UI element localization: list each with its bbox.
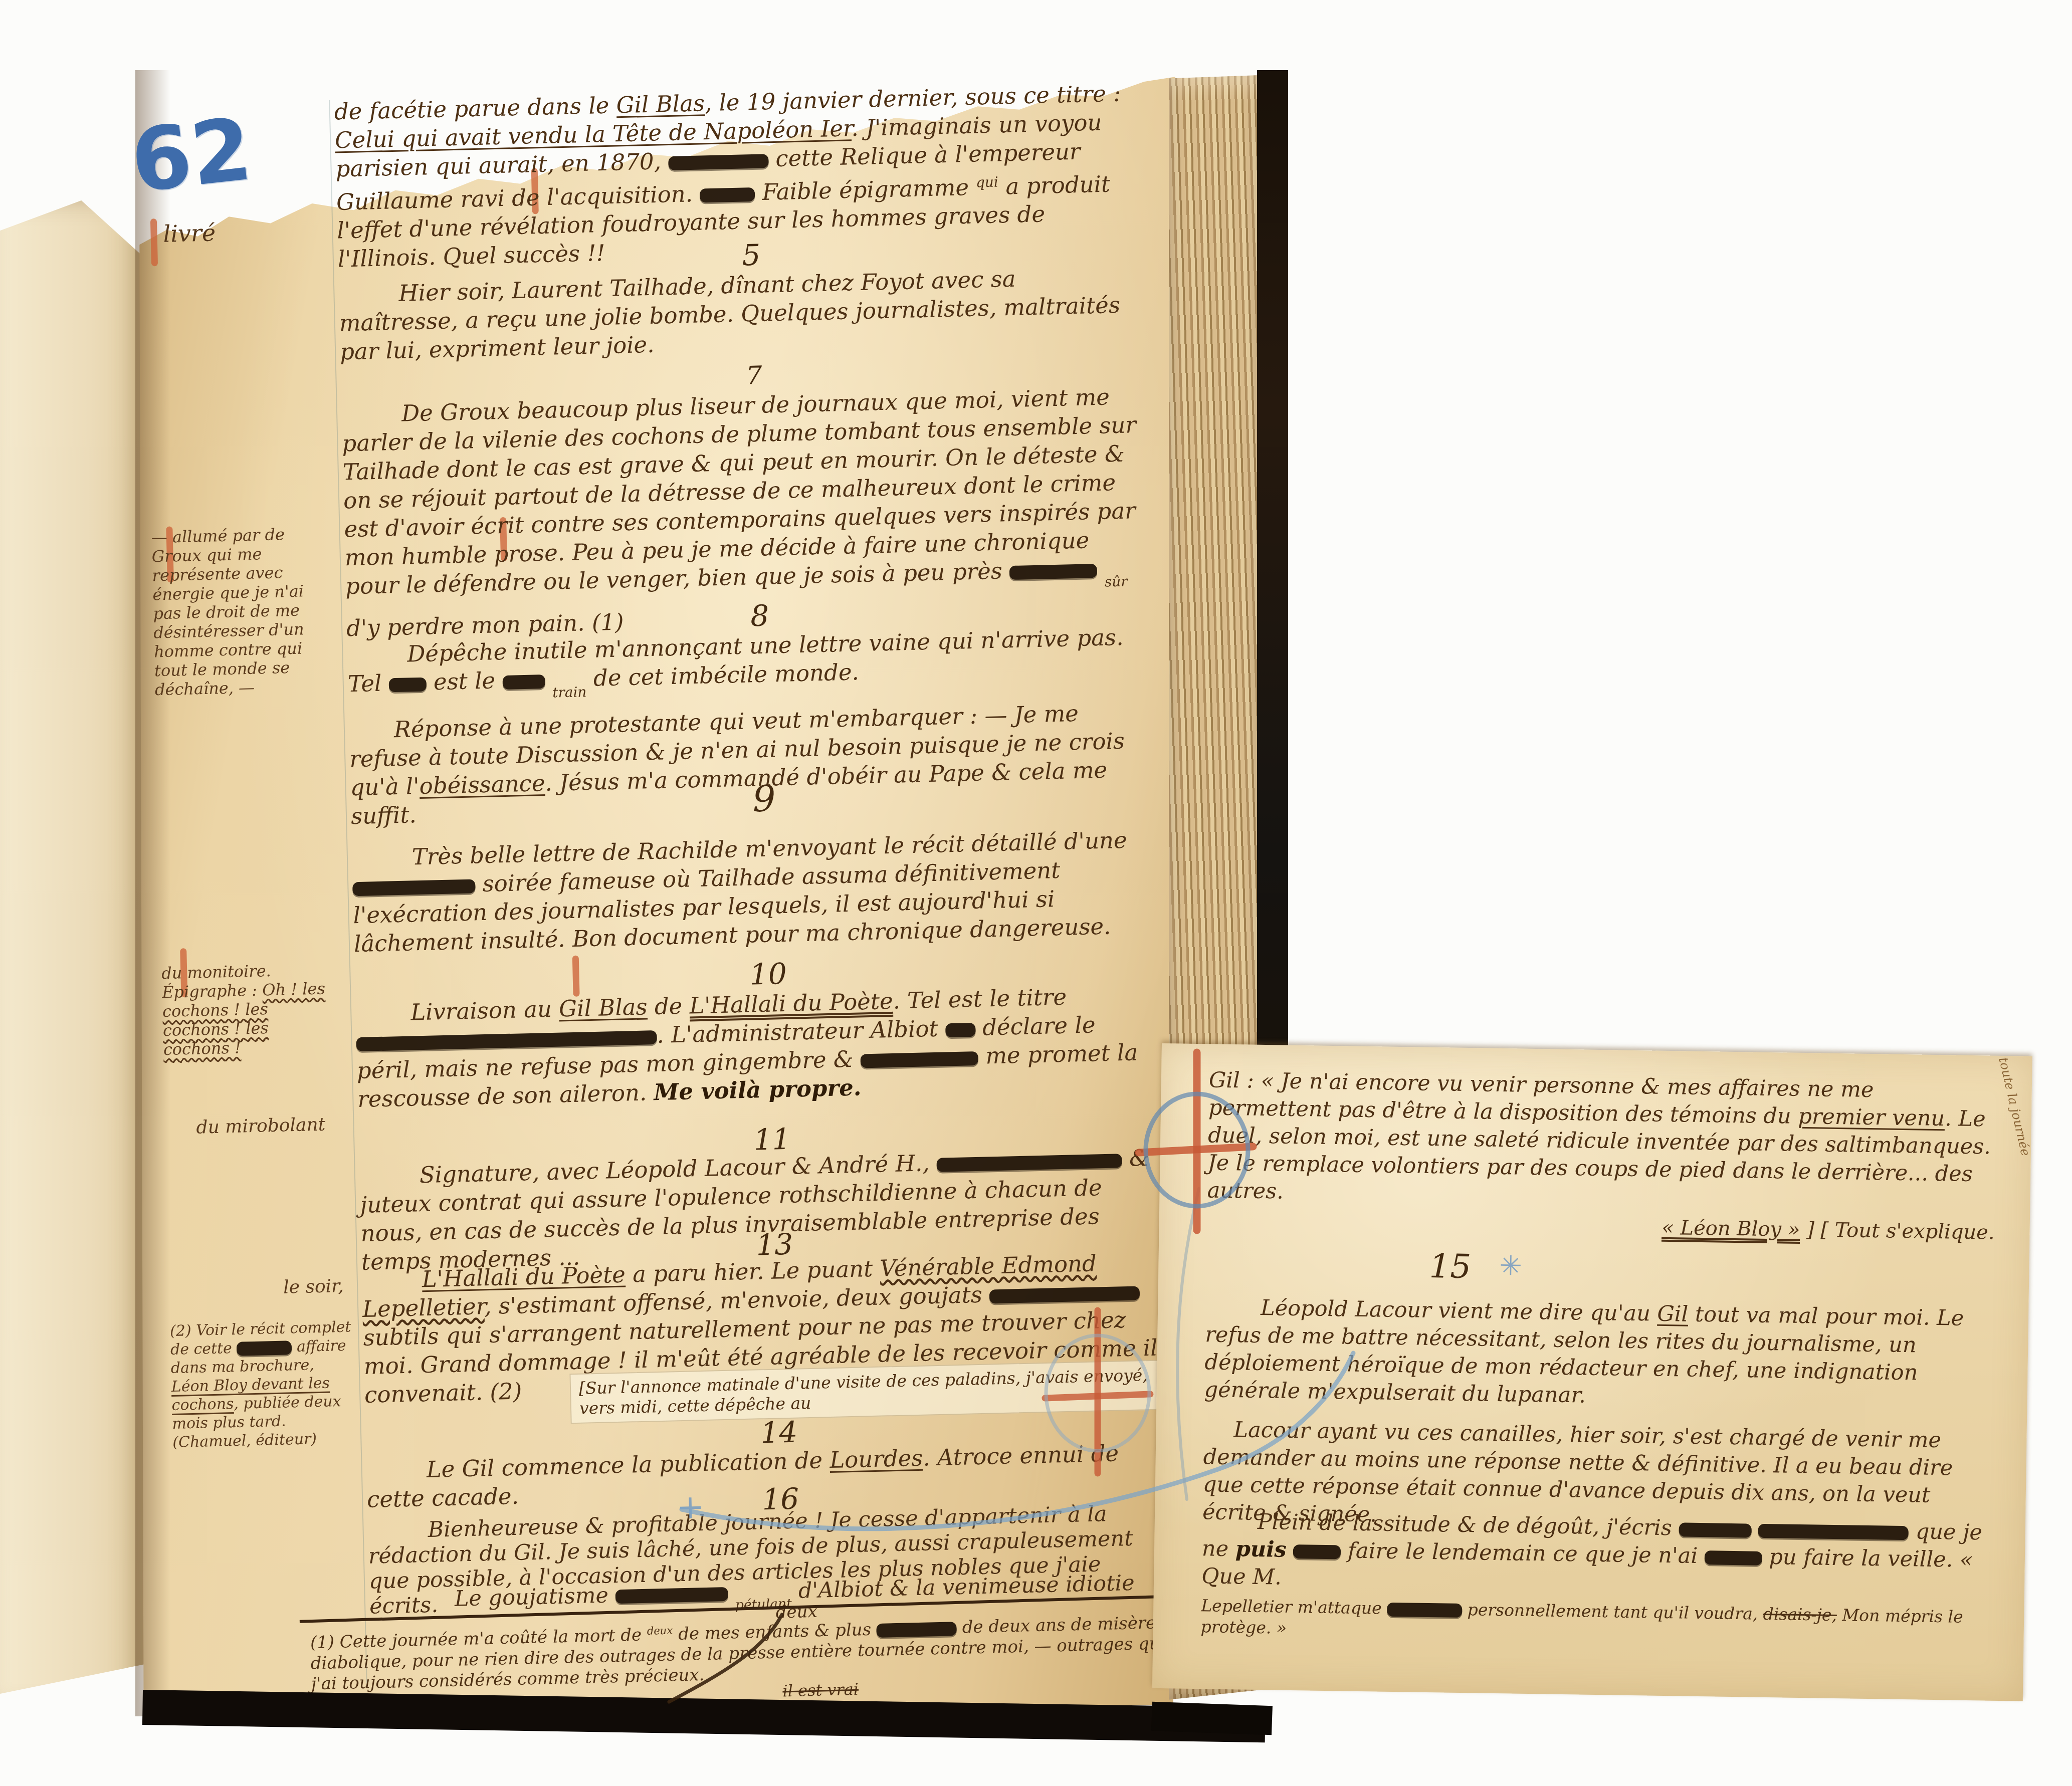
card-section-number: 15 bbox=[1429, 1247, 1472, 1286]
red-tick-icon bbox=[572, 956, 580, 997]
ink-blot bbox=[615, 1587, 728, 1604]
ink-blot bbox=[989, 1286, 1140, 1303]
ink-blot bbox=[388, 677, 427, 692]
blue-asterisk-icon: ✳ bbox=[1499, 1250, 1522, 1282]
ink-blot bbox=[1009, 564, 1098, 580]
section-number: 14 bbox=[723, 1414, 835, 1451]
ink-blot bbox=[1387, 1603, 1462, 1618]
card-right-margin-note: toute la journée bbox=[1996, 1056, 2033, 1158]
section-number: 5 bbox=[696, 237, 807, 274]
card-entry-gil: Gil : « Je n'ai encore vu venir personne… bbox=[1207, 1066, 1998, 1216]
card-entry-15a: Léopold Lacour vient me dire qu'au Gil t… bbox=[1204, 1293, 1995, 1415]
ink-blot bbox=[237, 1341, 292, 1356]
section-number: 8 bbox=[704, 597, 815, 634]
manuscript-photo: 62 livré — allumé par de Groux qui me re… bbox=[0, 0, 2072, 1786]
pasted-card: Gil : « Je n'ai encore vu venir personne… bbox=[1152, 1043, 2032, 1701]
section-number: 10 bbox=[713, 956, 824, 992]
margin-note-monitoire: du monitoire. Épigraphe : Oh ! les cocho… bbox=[161, 960, 336, 1059]
footnote-crossed-words: il est vrai bbox=[782, 1680, 859, 1701]
entry-5: Hier soir, Laurent Tailhade, dînant chez… bbox=[338, 262, 1135, 366]
entry-10: Livraison au Gil Blas de L'Hallali du Po… bbox=[355, 981, 1152, 1113]
page-number-label: livré bbox=[163, 219, 216, 247]
page-number: 62 bbox=[127, 106, 256, 205]
page-content: 62 livré — allumé par de Groux qui me re… bbox=[115, 51, 1194, 1721]
book-cover-edge-corner bbox=[1151, 1702, 1273, 1735]
margin-note-mirobolant: du mirobolant bbox=[196, 1114, 362, 1138]
ink-blot bbox=[700, 187, 755, 203]
ink-blot bbox=[668, 154, 769, 170]
margin-note-degroux: — allumé par de Groux qui me représente … bbox=[151, 524, 328, 699]
ink-blot bbox=[937, 1154, 1123, 1172]
book-cover-edge-top bbox=[1257, 70, 1288, 1047]
section-number: 7 bbox=[699, 359, 809, 391]
card-entry-15d: Lepelletier m'attaque personnellement ta… bbox=[1200, 1595, 1990, 1649]
red-tick-icon bbox=[150, 218, 158, 266]
ink-blot bbox=[1705, 1550, 1762, 1566]
ink-blot bbox=[945, 1023, 976, 1037]
ink-blot bbox=[502, 675, 545, 690]
ink-blot bbox=[356, 1030, 657, 1051]
entry-9: Très belle lettre de Rachilde m'envoyant… bbox=[351, 825, 1148, 958]
section-number: 9 bbox=[708, 776, 819, 821]
ink-blot bbox=[1679, 1522, 1751, 1537]
blue-plus-icon: + bbox=[676, 1487, 705, 1526]
ink-blot bbox=[1293, 1544, 1341, 1559]
card-signature: « Léon Bloy » ] [ Tout s'explique. bbox=[1543, 1214, 1995, 1244]
ink-blot bbox=[1758, 1524, 1909, 1540]
ink-blot bbox=[861, 1051, 979, 1068]
margin-note-brochure: (2) Voir le récit complet de cette affai… bbox=[170, 1317, 356, 1452]
card-entry-15c: Plein de lassitude & de dégoût, j'écris … bbox=[1201, 1507, 1992, 1602]
ink-blot bbox=[877, 1622, 957, 1638]
ink-blot bbox=[352, 879, 476, 896]
